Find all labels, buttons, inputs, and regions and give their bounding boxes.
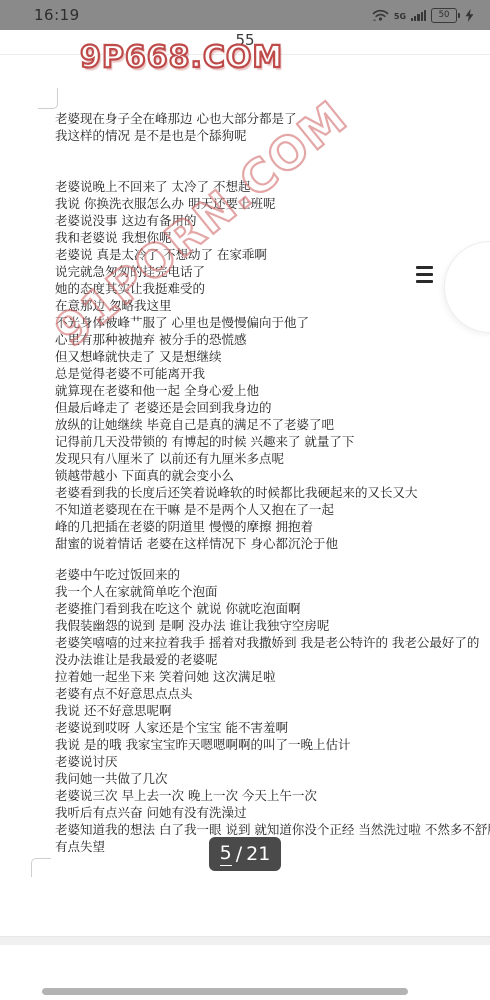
battery-percent: 50 — [439, 10, 450, 20]
watermark-top: 9P668.COM — [80, 40, 283, 75]
text-line: 老婆说三次 早上去一次 晚上一次 今天上午一次 — [55, 787, 480, 804]
paragraph: 老婆中午吃过饭回来的我一个人在家就简单吃个泡面老婆推门看到我在吃这个 就说 你就… — [55, 566, 480, 855]
text-line: 老婆有点不好意思点点头 — [55, 685, 480, 702]
reader-screen: 16:19 5G 50 55 9P668.COM 91PORN.COM — [0, 0, 490, 1000]
text-line: 老婆说没事 这边有备用的 — [55, 212, 480, 229]
text-line: 老婆说到哎呀 人家还是个宝宝 能不害羞啊 — [55, 719, 480, 736]
text-line: 老婆现在身子全在峰那边 心也大部分都是了 — [55, 110, 480, 127]
text-line: 老婆笑嘻嘻的过来拉着我手 摇着对我撒娇到 我是老公特许的 我老公最好了的 — [55, 634, 480, 651]
text-line: 但又想峰就快走了 又是想继续 — [55, 348, 480, 365]
text-line: 我这样的情况 是不是也是个舔狗呢 — [55, 127, 480, 144]
text-line: 没办法谁让是我最爱的老婆呢 — [55, 651, 480, 668]
text-line: 心里有那种被抛弃 被分手的恐慌感 — [55, 331, 480, 348]
text-line: 我假装幽怨的说到 是啊 没办法 谁让我独守空房呢 — [55, 617, 480, 634]
pager-separator: / — [236, 843, 242, 865]
text-line: 老婆看到我的长度后还笑着说峰软的时候都比我硬起来的又长又大 — [55, 484, 480, 501]
bottom-gray-bar — [42, 988, 408, 995]
text-line: 甜蜜的说着情话 老婆在这样情况下 身心都沉沦于他 — [55, 535, 480, 552]
text-line: 老婆说晚上不回来了 太冷了 不想起 — [55, 178, 480, 195]
text-line: 老婆中午吃过饭回来的 — [55, 566, 480, 583]
text-line: 我一个人在家就简单吃个泡面 — [55, 583, 480, 600]
text-line: 我听后有点兴奋 问她有没有洗澡过 — [55, 804, 480, 821]
text-line: 就算现在老婆和他一起 全身心爱上他 — [55, 382, 480, 399]
text-line: 发现只有八厘米了 以前还有九厘米多点呢 — [55, 450, 480, 467]
battery-icon: 50 — [431, 8, 460, 23]
page-text: 老婆现在身子全在峰那边 心也大部分都是了我这样的情况 是不是也是个舔狗呢老婆说晚… — [55, 110, 480, 855]
pager-total: 21 — [246, 843, 270, 865]
text-line: 老婆推门看到我在吃这个 就说 你就吃泡面啊 — [55, 600, 480, 617]
hamburger-menu-icon[interactable] — [416, 266, 433, 287]
text-line: 老婆说 真是太冷了 不想动了 在家乖啊 — [55, 246, 480, 263]
5g-label: 5G — [394, 12, 406, 21]
page-separator-band — [0, 936, 490, 945]
text-line: 我问她一共做了几次 — [55, 770, 480, 787]
text-line: 我说 还不好意思呢啊 — [55, 702, 480, 719]
text-line: 我和老婆说 我想你呢 — [55, 229, 480, 246]
page-corner-mark-top — [38, 88, 58, 109]
page-indicator-badge: 5 / 21 — [209, 837, 281, 871]
paragraph: 老婆说晚上不回来了 太冷了 不想起我说 你换洗衣服怎么办 明天还要上班呢老婆说没… — [55, 178, 480, 552]
text-line: 不知道老婆现在在干嘛 是不是两个人又抱在了一起 — [55, 501, 480, 518]
text-line: 总是觉得老婆不可能离开我 — [55, 365, 480, 382]
wifi-icon — [372, 9, 389, 22]
text-line: 锁越带越小 下面真的就会变小么 — [55, 467, 480, 484]
paragraph: 老婆现在身子全在峰那边 心也大部分都是了我这样的情况 是不是也是个舔狗呢 — [55, 110, 480, 144]
text-line: 拉着她一起坐下来 笑着问她 这次满足啦 — [55, 668, 480, 685]
text-line: 不光身体被峰艹服了 心里也是慢慢偏向于他了 — [55, 314, 480, 331]
text-line: 记得前几天没带锁的 有博起的时候 兴趣来了 就量了下 — [55, 433, 480, 450]
charging-bolt-icon — [465, 9, 474, 22]
battery-nub — [458, 13, 460, 18]
text-line: 但最后峰走了 老婆还是会回到我身边的 — [55, 399, 480, 416]
status-bar: 16:19 5G 50 — [0, 0, 490, 30]
text-line: 我说 是的哦 我家宝宝昨天嗯嗯啊啊的叫了一晚上估计 — [55, 736, 480, 753]
text-line: 在意那边 忽略我这里 — [55, 297, 480, 314]
text-line: 放纵的让她继续 毕竟自己是真的满足不了老婆了吧 — [55, 416, 480, 433]
signal-bars-icon — [411, 10, 426, 21]
text-line: 我说 你换洗衣服怎么办 明天还要上班呢 — [55, 195, 480, 212]
clock: 16:19 — [34, 6, 80, 24]
text-line: 老婆知道我的想法 白了我一眼 说到 就知道你没个正经 当然洗过啦 不然多不舒服啊 — [55, 821, 480, 838]
text-line: 峰的几把插在老婆的阴道里 慢慢的摩擦 拥抱着 — [55, 518, 480, 535]
status-icons: 5G 50 — [372, 8, 474, 23]
page-corner-mark-bottom — [31, 858, 51, 877]
pager-current: 5 — [220, 842, 232, 866]
text-line: 老婆说讨厌 — [55, 753, 480, 770]
